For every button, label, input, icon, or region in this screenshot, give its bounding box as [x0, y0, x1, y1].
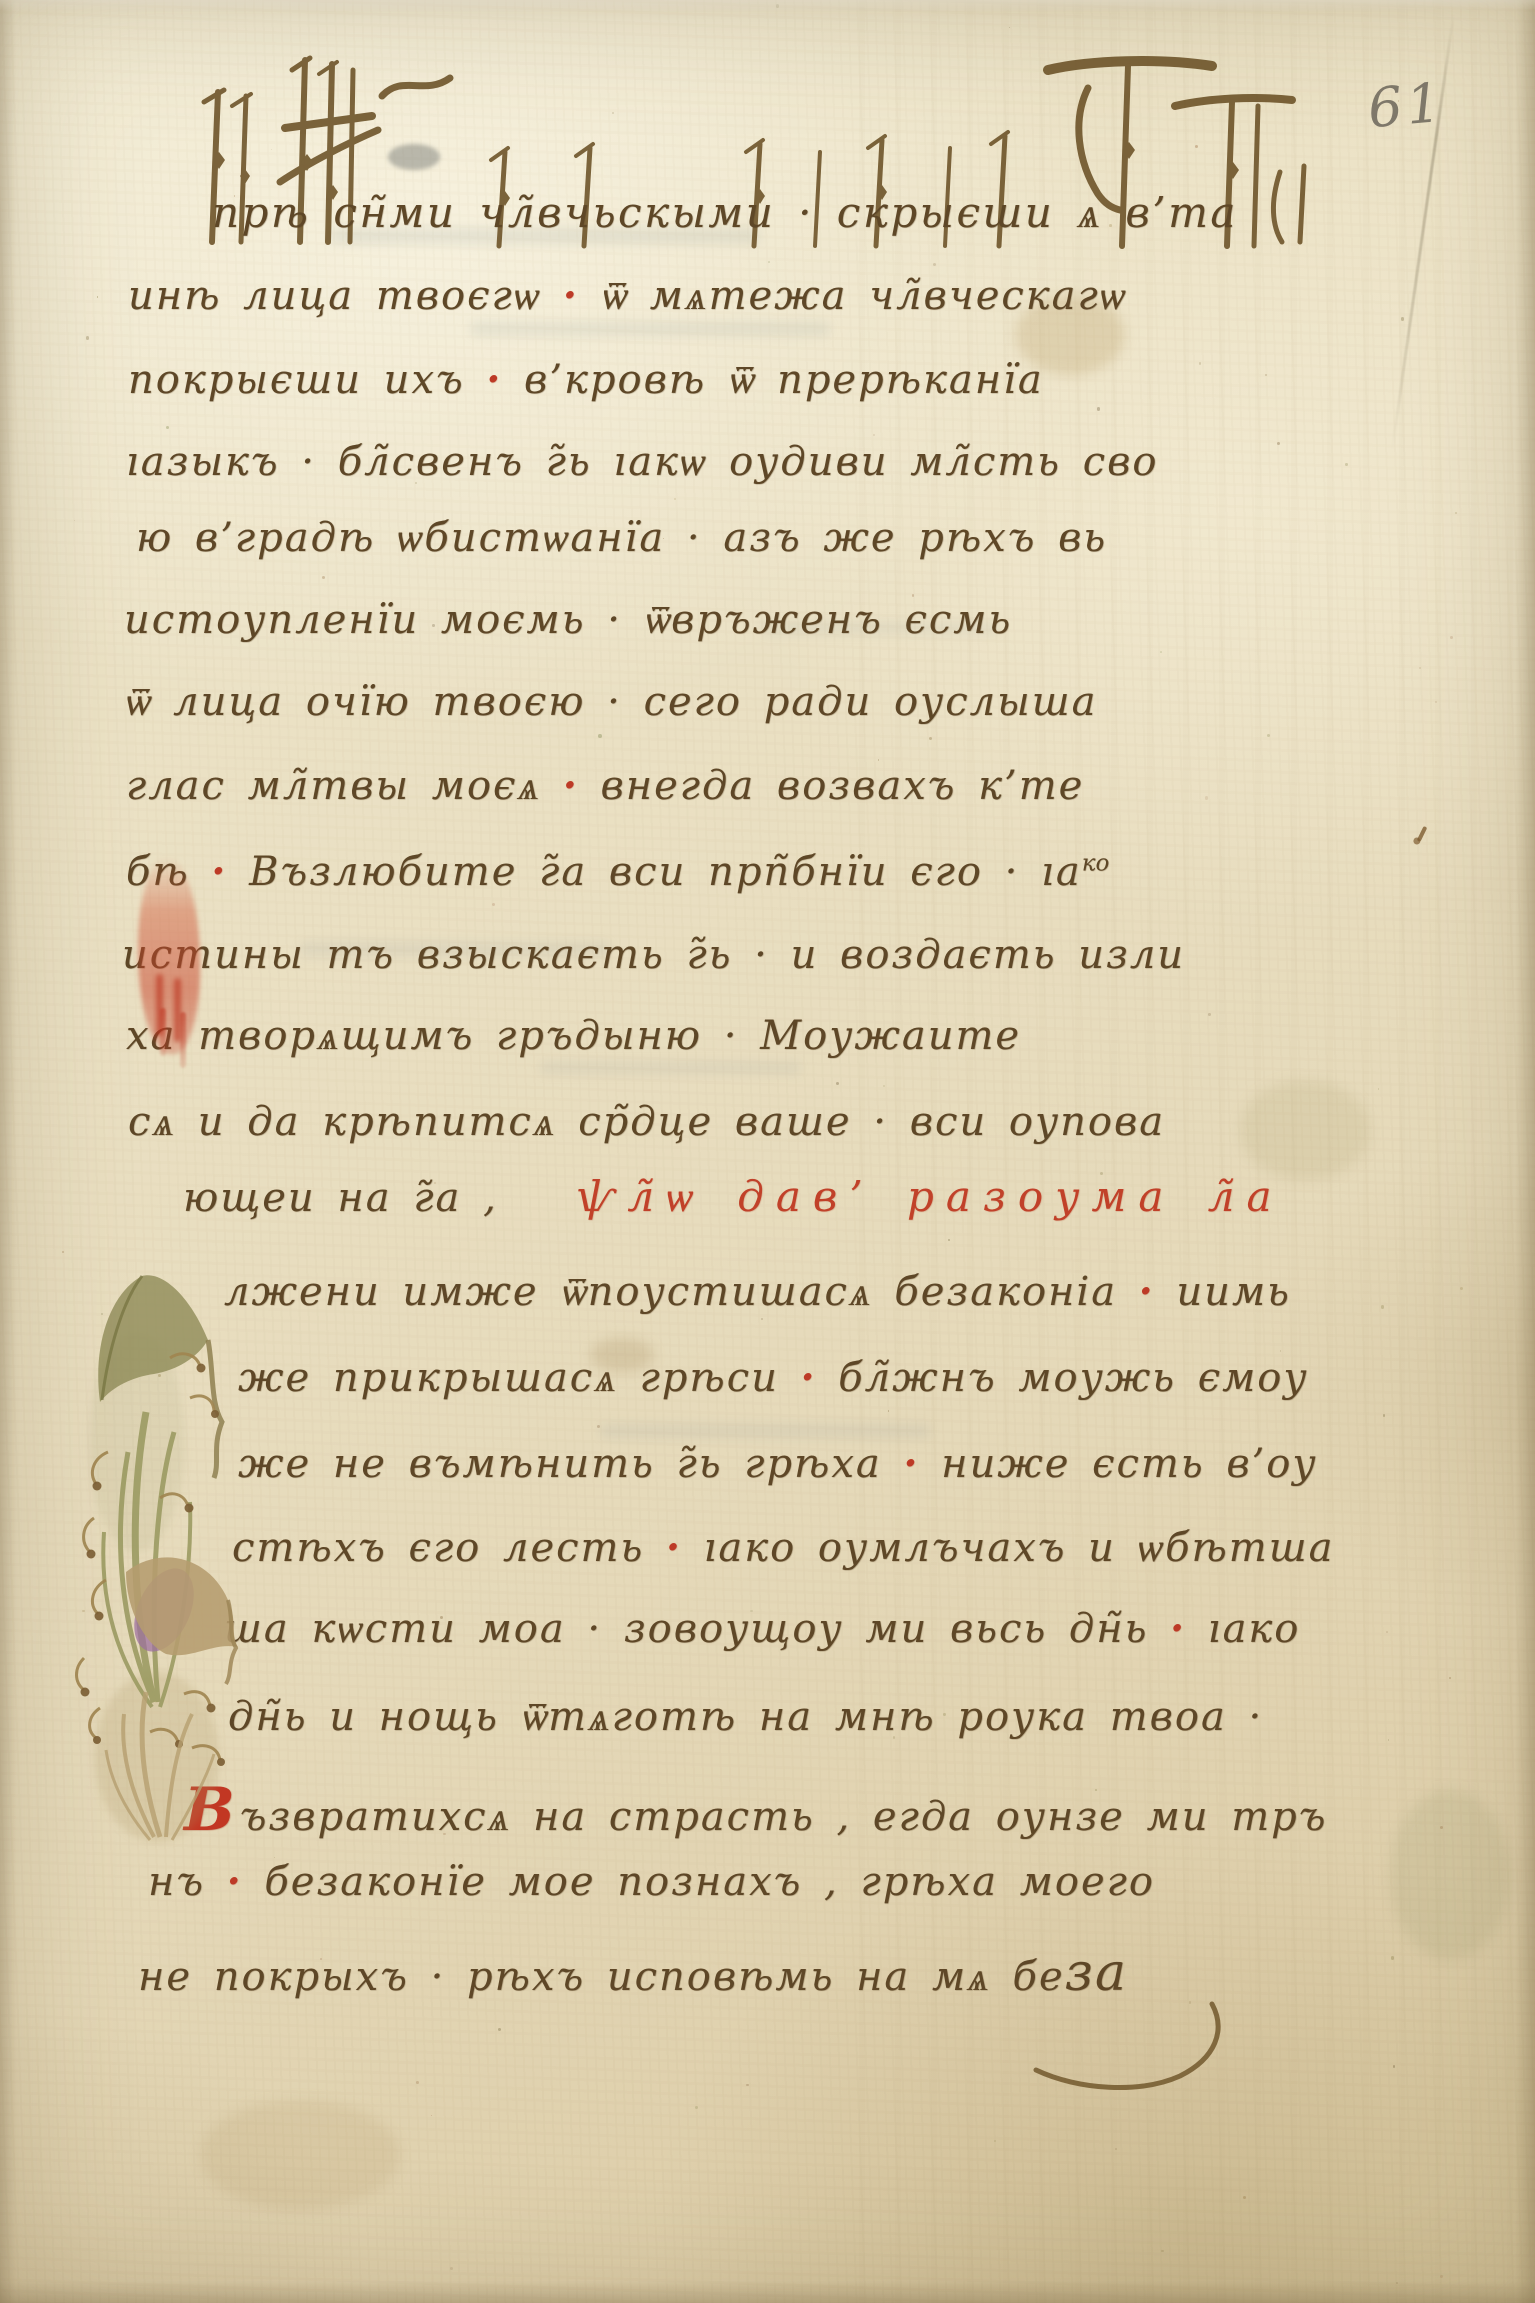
text-segment: бѣ [126, 849, 211, 895]
text-line: дн̃ь и нощь ѿтѧготѣ на мнѣ роука твоа · [228, 1693, 1263, 1740]
text-line: прѣ сн̃ми чл̃вчьскыми · скрыєши ѧ в’та [212, 188, 1238, 238]
text-segment: ıако [1186, 1606, 1300, 1652]
text-segment: ю в’градѣ ѡбистѡанїа · азъ же рѣхъ вь [136, 515, 1107, 561]
text-line: глас мл̃твы моєѧ · внегда возвахъ к’те [126, 762, 1084, 809]
text-segment: же не въмѣнить г̃ь грѣха [238, 1441, 903, 1487]
text-segment: же прикрышасѧ грѣси [238, 1355, 801, 1401]
text-segment: внегда возвахъ к’те [579, 763, 1085, 809]
text-segment: истины тъ взыскаєть г̃ь · и воздаєть изл… [122, 932, 1185, 978]
text-line: нъ · безаконїе мое познахъ , грѣха моего [148, 1858, 1155, 1905]
text-segment: истоупленїи моємь · ѿвръженъ єсмь [124, 597, 1012, 643]
text-segment: Възлюбите г̃а вси прп̃бнїи єго · ıа [227, 849, 1081, 895]
text-line: ıазыкъ · бл̃свенъ г̃ь ıакѡ оудиви мл̃сть… [126, 438, 1158, 485]
text-segment: · [666, 1524, 682, 1571]
text-segment: ѿ лица очїю твоєю · сего ради оуслыша [124, 679, 1097, 725]
text-segment: · [563, 762, 579, 809]
text-line: истоупленїи моємь · ѿвръженъ єсмь [124, 596, 1012, 643]
text-line: сѧ и да крѣпитсѧ ср̃дце ваше · вси оупов… [128, 1098, 1165, 1145]
text-segment: за [1065, 1943, 1128, 2003]
text-line: ѿ лица очїю твоєю · сего ради оуслыша [124, 678, 1097, 725]
text-segment: ниже єсть в’оу [919, 1441, 1317, 1487]
text-segment: ѿ мѧтежа чл̃вческагѡ [579, 273, 1127, 319]
text-segment: · [486, 356, 502, 403]
text-segment: · [903, 1440, 919, 1487]
text-segment: глас мл̃твы моєѧ [126, 763, 563, 809]
manuscript-page: прѣ сн̃ми чл̃вчьскыми · скрыєши ѧ в’таин… [0, 0, 1535, 2303]
text-line: инѣ лица твоєгѡ · ѿ мѧтежа чл̃вческагѡ [128, 272, 1127, 319]
text-line: Възвратихсѧ на страсть , егда оунзе ми т… [184, 1775, 1327, 1845]
text-segment: · [801, 1354, 817, 1401]
text-line: не покрыхъ · рѣхъ исповѣмь на мѧ беза [138, 1943, 1128, 2003]
text-line: бѣ · Възлюбите г̃а вси прп̃бнїи єго · ıа… [126, 848, 1109, 895]
text-block: прѣ сн̃ми чл̃вчьскыми · скрыєши ѧ в’таин… [0, 0, 1535, 2303]
text-line: ю в’градѣ ѡбистѡанїа · азъ же рѣхъ вь [136, 514, 1107, 561]
text-segment: · [1170, 1605, 1186, 1652]
text-segment: безаконїе мое познахъ , грѣха моего [243, 1859, 1155, 1905]
text-segment: ıазыкъ · бл̃свенъ г̃ь ıакѡ оудиви мл̃сть… [126, 439, 1158, 485]
text-segment: · [563, 272, 579, 319]
text-segment: инѣ лица твоєгѡ [128, 273, 563, 319]
text-segment: прѣ сн̃ми чл̃вчьскыми · скрыєши ѧ в’та [212, 188, 1238, 237]
text-line: ша кѡсти моа · зовоущоу ми вьсь дн̃ь · ı… [224, 1605, 1300, 1652]
text-segment: бл̃жнъ моужь ємоу [817, 1355, 1309, 1401]
text-line: истины тъ взыскаєть г̃ь · и воздаєть изл… [122, 932, 1185, 978]
text-line: стѣхъ єго лесть · ıако оумлъчахъ и ѡбѣтш… [232, 1524, 1334, 1571]
text-line: же прикрышасѧ грѣси · бл̃жнъ моужь ємоу [238, 1354, 1309, 1401]
text-segment: ющеи на г̃а , [183, 1175, 520, 1221]
text-segment: в’кровѣ ѿ прерѣканїа [502, 357, 1043, 403]
text-line: же не въмѣнить г̃ь грѣха · ниже єсть в’о… [238, 1440, 1318, 1487]
text-segment: · [227, 1858, 243, 1905]
text-line: покрыєши ихъ · в’кровѣ ѿ прерѣканїа [128, 356, 1044, 403]
text-segment: · [1139, 1268, 1155, 1315]
text-segment: ха творѧщимъ гръдыню · Моужаите [126, 1013, 1021, 1059]
text-segment: стѣхъ єго лесть [232, 1525, 666, 1571]
swash-flourish [1020, 1998, 1250, 2108]
text-segment: сѧ и да крѣпитсѧ ср̃дце ваше · вси оупов… [128, 1099, 1165, 1145]
text-segment: лжени имже ѿпоустишасѧ безаконіа [224, 1269, 1139, 1315]
text-segment: иимь [1155, 1269, 1291, 1315]
text-line: ющеи на г̃а , ѱл̃ѡ дав’ разоума л̃а [183, 1172, 1284, 1222]
text-segment: ко [1082, 851, 1110, 877]
text-segment: не покрыхъ · рѣхъ исповѣмь на мѧ бе [138, 1954, 1065, 2000]
text-segment: ъзвратихсѧ на страсть , егда оунзе ми тр… [240, 1794, 1328, 1840]
text-segment: покрыєши ихъ [128, 357, 486, 403]
margin-ornament-plant [42, 1262, 252, 1862]
rubric-psalm-title: ѱл̃ѡ дав’ разоума л̃а [578, 1172, 1284, 1221]
text-segment: · [211, 848, 227, 895]
red-smudge-drip [160, 1008, 166, 1056]
text-line: ха творѧщимъ гръдыню · Моужаите [126, 1012, 1021, 1059]
red-smudge-drip [180, 1012, 186, 1068]
text-segment: ıако оумлъчахъ и ѡбѣтша [682, 1525, 1335, 1571]
text-segment: дн̃ь и нощь ѿтѧготѣ на мнѣ роука твоа · [228, 1694, 1263, 1740]
text-segment: ша кѡсти моа · зовоущоу ми вьсь дн̃ь [224, 1606, 1170, 1652]
text-line: лжени имже ѿпоустишасѧ безаконіа · иимь [224, 1268, 1291, 1315]
text-segment: нъ [148, 1859, 227, 1905]
